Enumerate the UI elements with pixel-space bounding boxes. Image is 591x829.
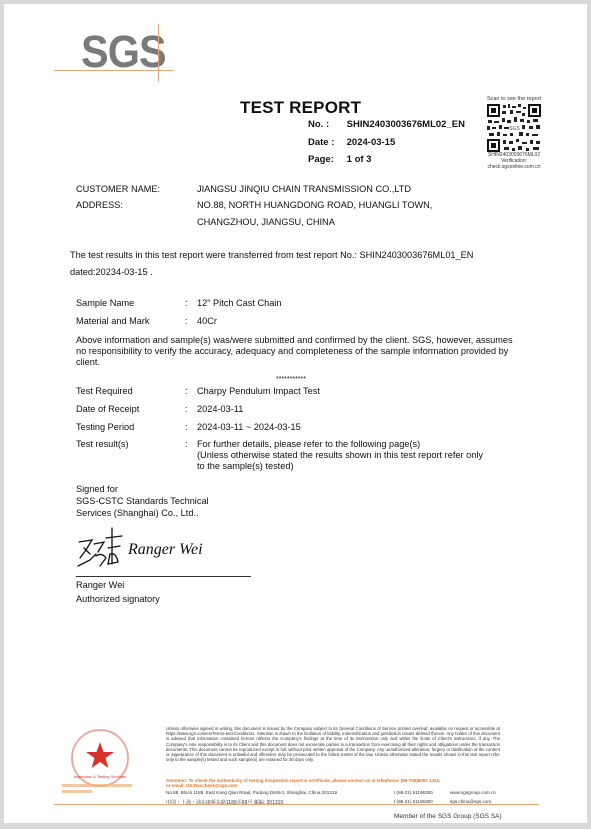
sample-name-value: 12" Pitch Cast Chain	[197, 298, 281, 308]
svg-text:SGS: SGS	[509, 126, 520, 132]
footer-divider	[54, 804, 539, 805]
logo-crosshair-vertical	[158, 24, 159, 82]
qr-code-icon[interactable]: SGS	[486, 103, 542, 153]
colon: :	[185, 422, 188, 432]
customer-name-value: JIANGSU JINQIU CHAIN TRANSMISSION CO.,LT…	[197, 184, 411, 194]
report-page-value: 1 of 3	[347, 154, 372, 165]
address-english: No.88, Block 1189, East Kang Qiao Road, …	[166, 790, 337, 795]
customer-name-label: CUSTOMER NAME:	[76, 184, 160, 194]
test-results-value: For further details, please refer to the…	[197, 439, 420, 449]
signatory-role: Authorized signatory	[76, 594, 160, 604]
signing-company-line1: SGS-CSTC Standards Technical	[76, 496, 209, 506]
qr-verification: Verification: check.sgsonline.com.cn	[482, 158, 546, 170]
signature-script: Ranger Wei	[127, 541, 203, 558]
report-number-value: SHIN2403003676ML02_EN	[347, 119, 465, 130]
colon: :	[185, 298, 188, 308]
date-of-receipt-label: Date of Receipt	[76, 404, 139, 414]
report-page-label: Page:	[308, 154, 344, 165]
address-line2: CHANGZHOU, JIANGSU, CHINA	[197, 217, 335, 227]
report-number-row: No. : SHIN2403003676ML02_EN	[308, 119, 465, 130]
report-page: SGS TEST REPORT No. : SHIN2403003676ML02…	[4, 4, 587, 823]
sgs-group-member: Member of the SGS Group (SGS SA)	[394, 813, 502, 820]
sample-disclaimer: Above information and sample(s) was/were…	[76, 335, 516, 368]
signature-line	[76, 576, 251, 577]
signed-for: Signed for	[76, 484, 118, 494]
logo-crosshair-horizontal	[54, 70, 174, 71]
colon: :	[185, 316, 188, 326]
qr-verification-site: check.sgsonline.com.cn	[482, 164, 546, 170]
test-required-label: Test Required	[76, 386, 133, 396]
material-value: 40Cr	[197, 316, 217, 326]
website-link[interactable]: www.sgsgroup.com.cn	[450, 790, 496, 795]
transfer-note-line2: dated:20234-03-15 .	[70, 267, 153, 277]
signing-company-line2: Services (Shanghai) Co., Ltd..	[76, 508, 199, 518]
qr-caption: Scan to see the report	[482, 96, 546, 102]
report-number-label: No. :	[308, 119, 344, 130]
report-date-label: Date :	[308, 137, 344, 148]
handwritten-signature-icon: Ranger Wei	[76, 524, 206, 574]
address-label: ADDRESS:	[76, 200, 123, 210]
terms-and-conditions: Unless otherwise agreed in writing, this…	[166, 726, 500, 762]
testing-period-value: 2024-03-11 ~ 2024-03-15	[197, 422, 301, 432]
report-date-row: Date : 2024-03-15	[308, 137, 395, 148]
test-results-note-line2: to the sample(s) tested)	[197, 461, 294, 471]
svg-text:Inspection & Testing Services: Inspection & Testing Services	[74, 774, 126, 779]
phone-1: t (86-21) 61196300	[394, 790, 433, 795]
test-results-label: Test result(s)	[76, 439, 129, 449]
signatory-name: Ranger Wei	[76, 580, 124, 590]
attention-email[interactable]: or email: CN.Doccheck@sgs.com	[166, 783, 440, 788]
colon: :	[185, 404, 188, 414]
colon: :	[185, 439, 188, 449]
authenticity-attention: Attention: To check the authenticity of …	[166, 778, 440, 788]
transfer-note-line1: The test results in this test report wer…	[70, 250, 473, 260]
test-required-value: Charpy Pendulum Impact Test	[197, 386, 320, 396]
company-seal-icon: Inspection & Testing Services	[62, 726, 158, 796]
test-results-note-line1: (Unless otherwise stated the results sho…	[197, 450, 483, 460]
address-line1: NO.88, NORTH HUANGDONG ROAD, HUANGLI TOW…	[197, 200, 432, 210]
section-separator: ***********	[276, 376, 306, 383]
report-date-value: 2024-03-15	[347, 137, 396, 148]
material-label: Material and Mark	[76, 316, 150, 326]
colon: :	[185, 386, 188, 396]
date-of-receipt-value: 2024-03-11	[197, 404, 243, 414]
testing-period-label: Testing Period	[76, 422, 134, 432]
report-title: TEST REPORT	[240, 98, 361, 118]
sample-name-label: Sample Name	[76, 298, 134, 308]
report-page-row: Page: 1 of 3	[308, 154, 371, 165]
